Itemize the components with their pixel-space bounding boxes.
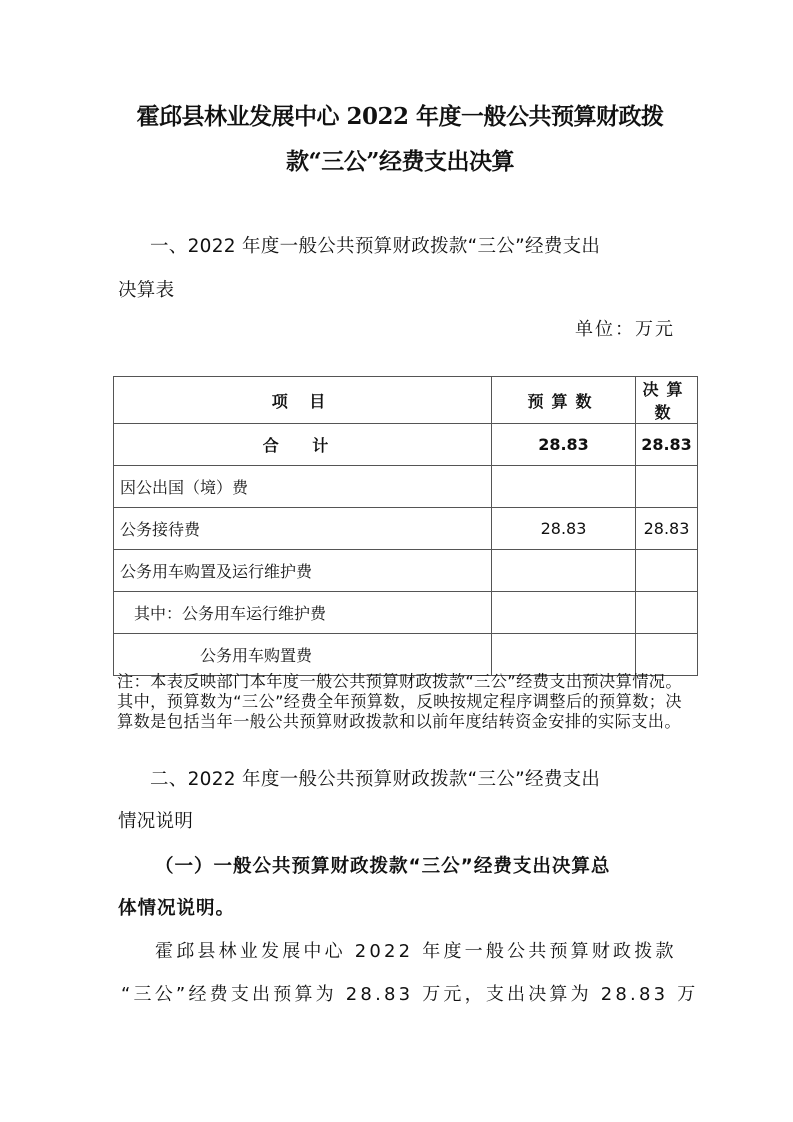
cell-item: 公务用车购置及运行维护费 [114, 550, 492, 592]
cell-budget: 28.83 [492, 424, 636, 466]
subsection-1-heading-line-2: 体情况说明。 [118, 894, 235, 920]
cell-actual: 28.83 [636, 508, 698, 550]
unit-label: 单位：万元 [575, 315, 675, 341]
cell-actual [636, 550, 698, 592]
document-title-line-2: 款“三公”经费支出决算 [80, 143, 720, 176]
header-budget: 预算数 [492, 377, 636, 424]
section-1-heading-line-2: 决算表 [118, 276, 174, 302]
subsection-1-heading-line-1: （一）一般公共预算财政拨款“三公”经费支出决算总 [155, 852, 610, 878]
header-item: 项 目 [114, 377, 492, 424]
cell-item: 其中：公务用车运行维护费 [114, 592, 492, 634]
table-note: 注：本表反映部门本年度一般公共预算财政拨款“三公”经费支出预决算情况。其中，预算… [117, 672, 692, 732]
cell-actual [636, 466, 698, 508]
table-row: 公务接待费 28.83 28.83 [114, 508, 698, 550]
section-2-heading-line-1: 二、2022 年度一般公共预算财政拨款“三公”经费支出 [150, 765, 600, 791]
cell-budget [492, 592, 636, 634]
cell-budget [492, 466, 636, 508]
table-row: 因公出国（境）费 [114, 466, 698, 508]
section-1-heading-line-1: 一、2022 年度一般公共预算财政拨款“三公”经费支出 [150, 232, 600, 258]
cell-actual [636, 592, 698, 634]
cell-actual: 28.83 [636, 424, 698, 466]
paragraph-line-2: “三公”经费支出预算为 28.83 万元，支出决算为 28.83 万 [121, 980, 698, 1006]
table-row-total: 合 计 28.83 28.83 [114, 424, 698, 466]
paragraph-line-1: 霍邱县林业发展中心 2022 年度一般公共预算财政拨款 [155, 937, 677, 963]
three-public-expenses-table: 项 目 预算数 决算数 合 计 28.83 28.83 因公出国（境）费 公务接… [113, 376, 698, 676]
table-header-row: 项 目 预算数 决算数 [114, 377, 698, 424]
document-title-line-1: 霍邱县林业发展中心 2022 年度一般公共预算财政拨 [80, 98, 720, 131]
cell-item: 公务接待费 [114, 508, 492, 550]
table-row: 公务用车购置及运行维护费 [114, 550, 698, 592]
cell-budget [492, 634, 636, 676]
table-row: 其中：公务用车运行维护费 [114, 592, 698, 634]
cell-item: 合 计 [114, 424, 492, 466]
cell-item: 因公出国（境）费 [114, 466, 492, 508]
cell-actual [636, 634, 698, 676]
cell-budget [492, 550, 636, 592]
header-actual: 决算数 [636, 377, 698, 424]
cell-item: 公务用车购置费 [114, 634, 492, 676]
section-2-heading-line-2: 情况说明 [118, 807, 193, 833]
cell-budget: 28.83 [492, 508, 636, 550]
table-row: 公务用车购置费 [114, 634, 698, 676]
